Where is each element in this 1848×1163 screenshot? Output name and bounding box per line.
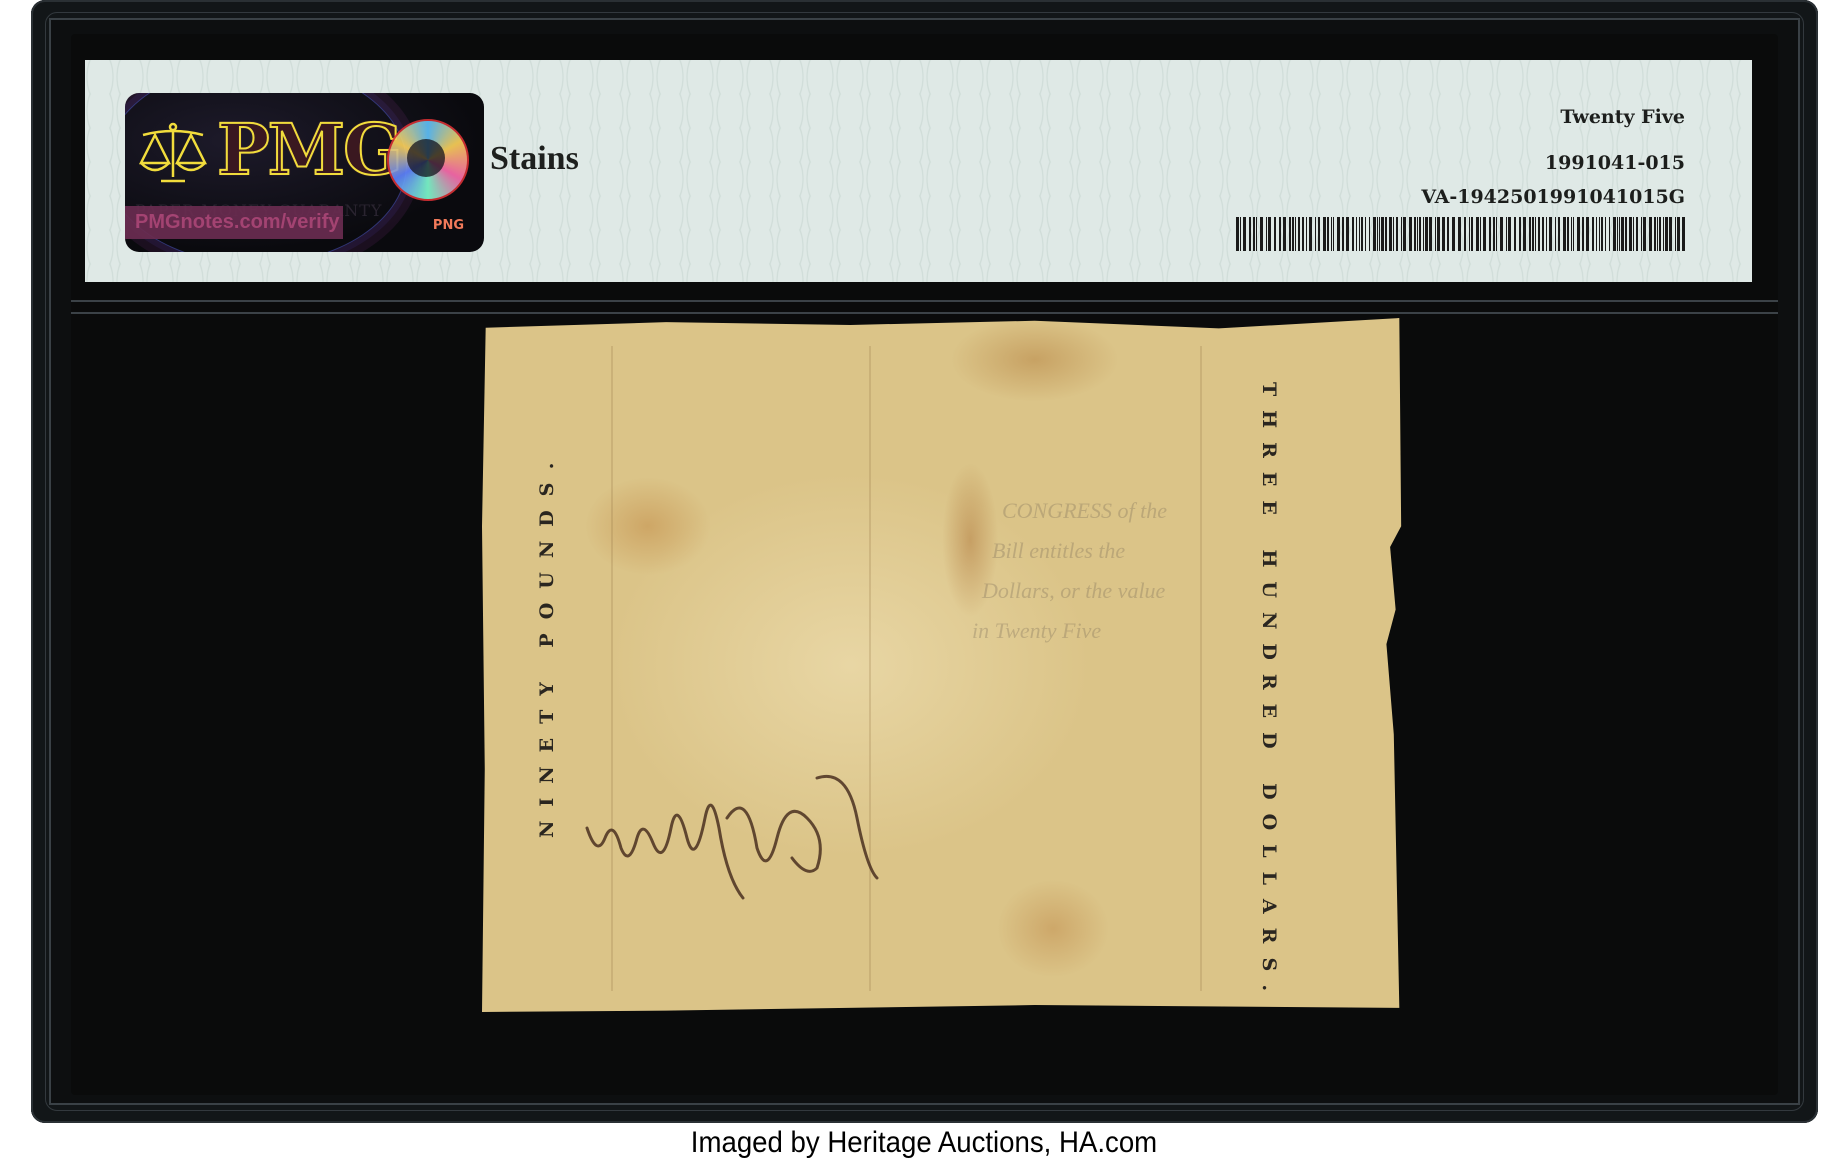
cert-number: 1991041-015 <box>1545 152 1685 174</box>
bleed-through-text: in Twenty Five <box>972 618 1101 644</box>
label-denomination: Twenty Five <box>1560 106 1685 128</box>
png-badge: PNG <box>433 218 464 233</box>
label-divider <box>71 312 1778 314</box>
label-comment: Stains <box>490 140 579 178</box>
banknote: CONGRESS of the Bill entitles the Dollar… <box>482 318 1403 1012</box>
pmg-logo: PMG <box>217 115 401 185</box>
bleed-through-text: CONGRESS of the <box>1002 498 1167 524</box>
note-right-vertical-text: THREE HUNDRED DOLLARS. <box>1258 382 1280 1005</box>
fold-line <box>1200 346 1202 991</box>
barcode <box>1236 217 1685 251</box>
note-left-vertical-text: NINETY POUNDS. <box>536 449 558 838</box>
image-credit: Imaged by Heritage Auctions, HA.com <box>74 1126 1774 1160</box>
bleed-through-text: Dollars, or the value <box>982 578 1165 604</box>
pmg-hologram: PMG PAPER MONEY GUARANTY PMGnotes.com/ve… <box>125 93 484 252</box>
holographic-seal-icon <box>387 119 469 201</box>
serial-code: VA-1942501991041015G <box>1421 186 1685 208</box>
label-divider <box>71 300 1778 302</box>
signature <box>577 758 907 908</box>
scales-icon <box>137 121 209 185</box>
verify-url: PMGnotes.com/verify <box>125 206 343 239</box>
bleed-through-text: Bill entitles the <box>992 538 1125 564</box>
